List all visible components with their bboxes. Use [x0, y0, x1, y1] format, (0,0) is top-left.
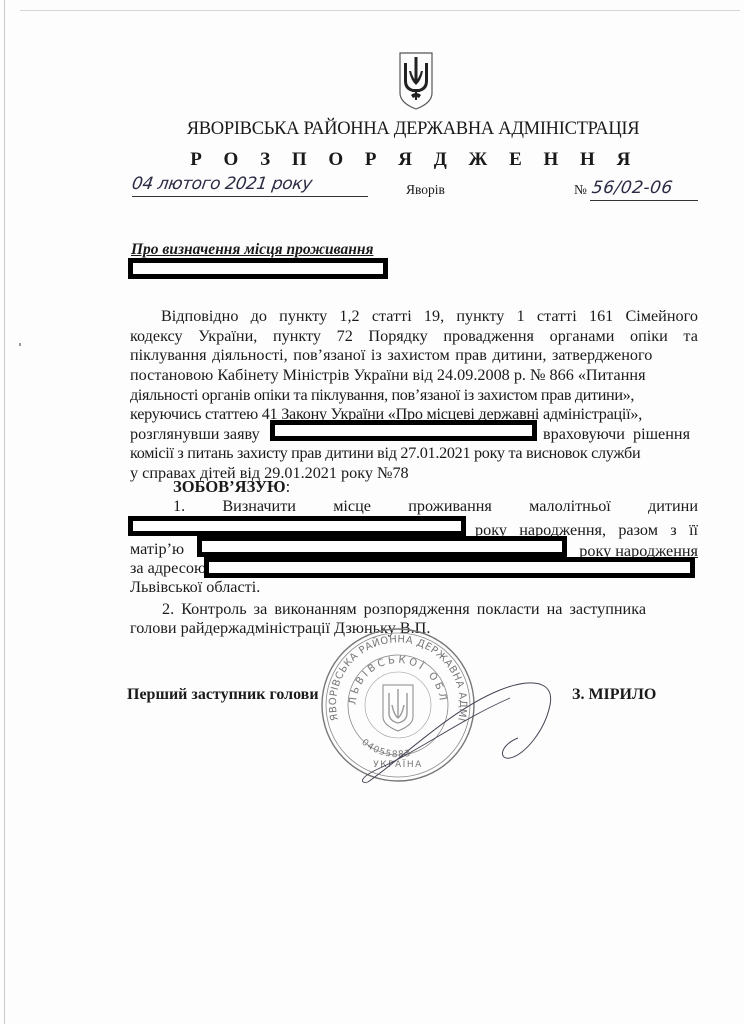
item1-word-5: дитини [648, 497, 698, 516]
signatory-name: З. МІРИЛО [572, 686, 656, 704]
item2-line-1: 2. Контроль за виконанням розпорядження … [162, 600, 698, 619]
document-type-title: Р О З П О Р Я Д Ж Е Н Н Я [0, 149, 744, 171]
date-underline [132, 196, 368, 197]
handwritten-document-number: 56/02-06 [591, 178, 675, 198]
trident-emblem-icon [398, 51, 434, 111]
preamble-line-1: Відповіднодопункту1,2статті19,пункту1ста… [161, 307, 698, 326]
handwritten-date: 04 лютого 2021 року [131, 174, 314, 194]
obligation-colon: : [286, 477, 291, 496]
scan-edge-top [20, 10, 740, 11]
signatory-role: Перший заступник голови [127, 686, 319, 704]
item1-line-3-prefix: матір’ю [130, 540, 184, 559]
item1-number: 1. [173, 497, 185, 516]
item1-line-5: Львівської області. [130, 578, 260, 597]
redaction-box-child [128, 516, 466, 536]
redaction-box-address [204, 557, 695, 578]
preamble-line-3: піклування діяльності, пов’язаної із зах… [130, 346, 698, 365]
redaction-box-subject [128, 258, 388, 279]
handwritten-signature-icon [340, 660, 570, 790]
item1-word-1: Визначити [222, 497, 296, 516]
obligation-heading-text: ЗОБОВ’ЯЗУЮ [173, 477, 286, 496]
redaction-box-mother [197, 536, 567, 557]
item1-line-4-prefix: за адресою: [130, 559, 211, 578]
preamble-tail-line-1: комісії з питань захисту прав дитини від… [130, 444, 640, 463]
scan-speck [19, 343, 21, 346]
preamble-line-4: постановою Кабінету Міністрів України ві… [130, 366, 698, 385]
item1-word-3: проживання [408, 497, 492, 516]
organization-name: ЯВОРІВСЬКА РАЙОННА ДЕРЖАВНА АДМІНІСТРАЦІ… [0, 119, 744, 140]
city-name: Яворів [406, 182, 445, 198]
obligation-heading: ЗОБОВ’ЯЗУЮ: [173, 477, 290, 497]
preamble-line-2: кодексуУкраїни,пункту72Порядкупровадженн… [130, 327, 698, 346]
number-underline [590, 200, 698, 201]
item1-line-1: 1. Визначити місце проживання малолітньо… [173, 497, 698, 516]
redaction-box-applicant [270, 420, 537, 441]
review-prefix: розглянувши заяву [130, 425, 260, 444]
review-suffix: враховуючи рішення [543, 425, 690, 444]
item1-word-2: місце [333, 497, 371, 516]
item1-word-4: малолітньої [529, 497, 611, 516]
preamble-line-5: діяльності органів опіки та піклування, … [130, 386, 698, 405]
subject-title: Про визначення місця проживання [131, 241, 373, 259]
document-page: ЯВОРІВСЬКА РАЙОННА ДЕРЖАВНА АДМІНІСТРАЦІ… [0, 0, 744, 1024]
number-sign: № [574, 182, 587, 198]
